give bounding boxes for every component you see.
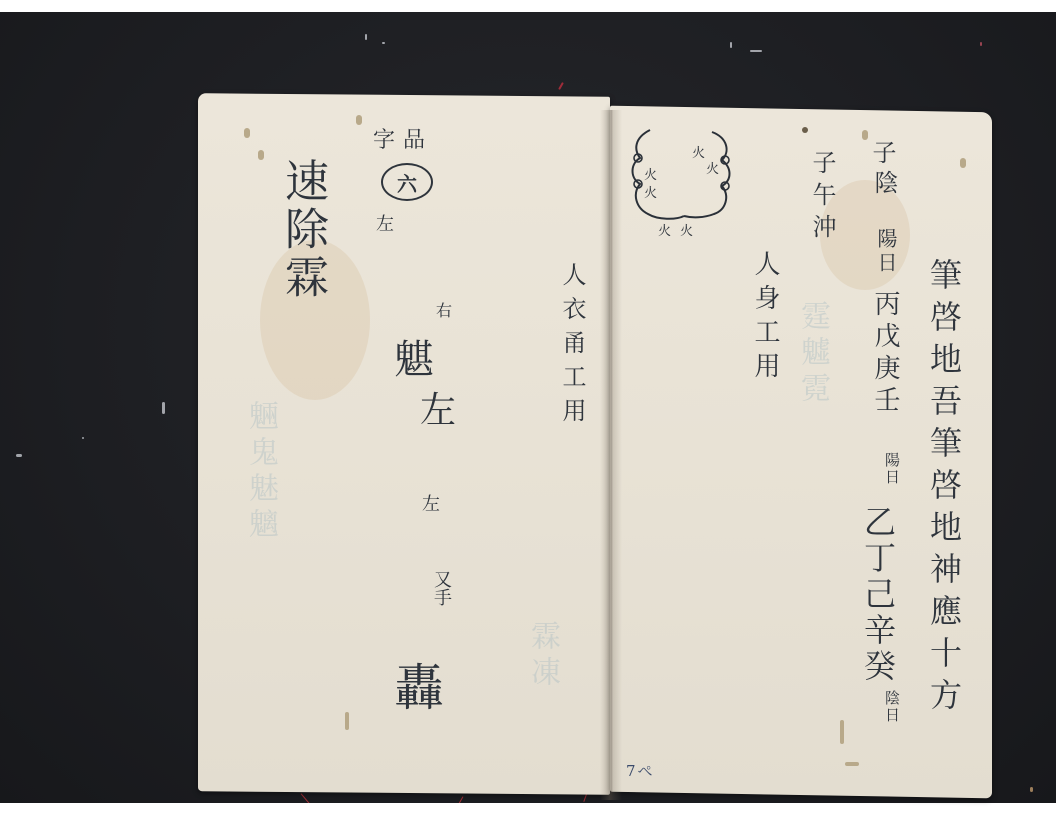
- talisman-glyph: 𩇎: [491, 186, 542, 237]
- side-label-right: 右: [436, 298, 452, 321]
- talisman-glyph: 𩃷: [491, 441, 542, 492]
- bleed-through-text: 霖凍: [520, 620, 564, 692]
- left-col-4-dispel: 速除霖𩆚: [280, 158, 324, 350]
- side-label-left: 左: [422, 490, 440, 516]
- side-label-left: 左: [376, 210, 394, 236]
- left-col-1-usage: 人衣甬工用: [560, 262, 584, 432]
- page-corner-mark: 7ぺ: [626, 764, 655, 779]
- right-col-1-invocation: 筆啓地吾筆啓地神應十方: [928, 258, 960, 720]
- binding-hole: [356, 115, 362, 125]
- talisman-glyph: 𩆚: [277, 302, 328, 350]
- right-col-2-small-1: 陽日: [876, 228, 896, 276]
- talisman-glyph: 霯: [491, 390, 542, 441]
- talisman-glyph: 轟: [394, 648, 444, 720]
- left-talisman-column: 𩆷𩇎𩇒𩇕霐霯𩃷: [494, 135, 538, 492]
- talisman-glyph: 𩆕: [646, 404, 700, 456]
- binding-hole: [960, 158, 966, 168]
- glyph: 除: [277, 206, 328, 254]
- talisman-glyph: 𩇗: [646, 300, 700, 352]
- binding-hole: [802, 127, 808, 133]
- talisman-glyph: 𩆷: [491, 135, 542, 186]
- binding-hole: [244, 128, 250, 138]
- talisman-glyph: 𩇒: [491, 237, 542, 288]
- talisman-glyph: 魌: [394, 328, 434, 385]
- talisman-glyph: 𩇖: [646, 352, 700, 404]
- right-talisman-column: 𩆓𩇗𩇖𩆕𩅹: [650, 248, 696, 508]
- glyph: 霖: [277, 254, 328, 302]
- binding-hole: [840, 720, 844, 744]
- fire-mark: 火: [706, 158, 719, 177]
- right-col-4-usage: 人身工用: [752, 250, 778, 386]
- left-col-3-top: 字品: [373, 130, 433, 152]
- book-gutter: [600, 110, 622, 800]
- right-col-2-c: 乙丁己辛癸: [862, 505, 894, 685]
- fire-mark: 火: [692, 142, 705, 161]
- binding-hole: [845, 762, 859, 766]
- talisman-glyph: 霐: [491, 339, 542, 390]
- bleed-through-text: 霆魖霓: [790, 300, 834, 408]
- right-col-2-small-2: 陽日: [884, 452, 899, 486]
- left-col-3-ghost-names: 左 𩴵 右 魌 左 𩳏 左 𩴴 又手 轟: [368, 200, 468, 760]
- fire-seal-talisman: 𩘽 火 火 火 火 火 火: [628, 128, 736, 248]
- fire-mark: 火: [644, 164, 657, 183]
- glyph: 速: [277, 158, 328, 206]
- talisman-glyph: 𩅹: [646, 456, 700, 508]
- fire-mark: 火: [658, 220, 671, 239]
- fire-mark: 火: [644, 182, 657, 201]
- circled-six-mark: 六: [381, 163, 433, 201]
- binding-hole: [258, 150, 264, 160]
- side-label-left: 左: [420, 382, 456, 433]
- binding-hole: [862, 130, 868, 140]
- talisman-glyph: 𩇕: [491, 288, 542, 339]
- right-col-2-a: 陰: [872, 170, 896, 198]
- right-col-2-b: 丙戊庚壬: [872, 290, 898, 418]
- side-label-hands: 又手: [428, 570, 454, 606]
- right-col-3-zi-wu-chong: 子午沖: [810, 150, 834, 246]
- bleed-through-text: 魎鬼魅魑: [238, 400, 282, 544]
- talisman-glyph: 𩆓: [646, 248, 700, 300]
- right-col-2-small-3: 陰日: [884, 690, 899, 724]
- fire-mark: 火: [680, 220, 693, 239]
- right-col-2-head: 子: [870, 140, 894, 168]
- binding-hole: [345, 712, 349, 730]
